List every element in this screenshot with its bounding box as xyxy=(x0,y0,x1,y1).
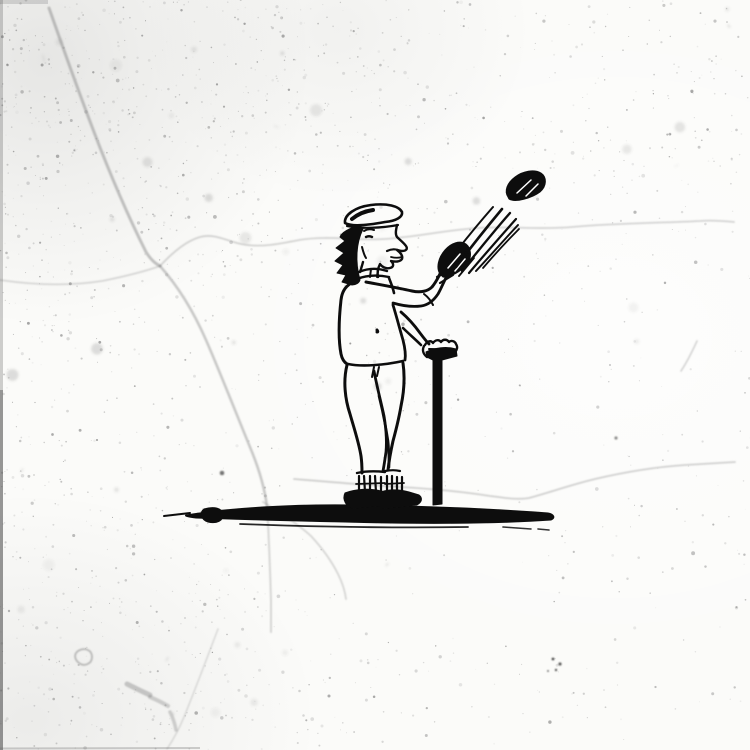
wall-speckle xyxy=(203,285,204,286)
wall-speckle xyxy=(246,685,248,687)
wall-speckle xyxy=(713,78,714,79)
wall-speckle xyxy=(71,601,73,603)
wall-speckle xyxy=(194,711,198,715)
wall-speckle xyxy=(457,399,459,401)
wall-speckle xyxy=(378,192,379,193)
wall-speckle xyxy=(367,68,368,69)
wall-speckle xyxy=(418,376,419,377)
wall-speckle xyxy=(297,249,298,250)
wall-speckle xyxy=(15,94,18,97)
wall-speckle xyxy=(459,0,463,4)
wall-speckle xyxy=(131,558,132,559)
wall-speckle xyxy=(417,246,419,248)
wall-speckle xyxy=(307,337,308,338)
wall-speckle xyxy=(44,96,46,98)
cap-shading xyxy=(352,210,373,219)
wall-micro-scratch xyxy=(274,126,279,128)
wall-speckle xyxy=(20,52,22,54)
wall-speckle xyxy=(523,128,524,129)
wall-speckle xyxy=(675,148,676,149)
wall-speckle xyxy=(217,606,218,607)
wall-speckle xyxy=(649,20,651,22)
smudge-ring xyxy=(75,649,92,665)
wall-speckle xyxy=(148,665,149,666)
wall-speckle xyxy=(8,173,9,174)
wall-speckle xyxy=(136,106,137,107)
man-with-cane-figure xyxy=(335,204,470,508)
wall-speckle xyxy=(426,208,427,209)
wall-speckle xyxy=(119,441,122,444)
wall-speckle xyxy=(350,116,352,118)
wall-speckle xyxy=(55,657,56,658)
front-boot-lace-bar xyxy=(385,483,404,484)
wall-blotch xyxy=(250,699,257,706)
wall-speckle xyxy=(102,9,106,13)
wall-speckle xyxy=(19,557,21,559)
wall-speckle xyxy=(48,698,49,699)
wall-speckle xyxy=(257,61,258,62)
wall-speckle xyxy=(564,542,565,543)
wall-speckle xyxy=(158,330,159,331)
wall-blotches xyxy=(7,7,730,717)
wall-speckle xyxy=(24,167,27,170)
wall-speckle xyxy=(111,371,112,372)
wall-speckle xyxy=(43,234,44,235)
wall-speckle xyxy=(89,58,90,59)
wall-speckle xyxy=(119,606,120,607)
wall-speckle xyxy=(329,677,331,679)
wall-speckle xyxy=(622,244,623,245)
wall-speckle xyxy=(364,243,365,244)
wall-speckle xyxy=(224,699,225,700)
wall-speckle xyxy=(694,81,695,82)
wall-speckle xyxy=(550,121,552,123)
wall-speckle xyxy=(598,140,599,141)
wall-speckle xyxy=(80,227,81,228)
wall-blotch xyxy=(232,340,236,344)
wall-speckle xyxy=(176,710,177,711)
wall-speckle xyxy=(133,348,135,350)
wall-speckle xyxy=(110,345,112,347)
wall-speckle xyxy=(189,577,190,578)
wall-speckle xyxy=(536,489,537,490)
wall-speckle xyxy=(221,346,223,348)
wall-speckle xyxy=(632,163,635,166)
wall-speckle xyxy=(281,671,284,674)
wall-speckle xyxy=(167,264,168,265)
wall-speckle xyxy=(623,160,624,161)
wall-speckle xyxy=(228,118,229,119)
wall-speckle xyxy=(82,234,83,235)
wall-speckle xyxy=(310,126,311,127)
wall-speckle xyxy=(523,713,524,714)
wall-speckle xyxy=(285,56,286,57)
wall-speckle xyxy=(553,601,554,602)
wall-speckle xyxy=(226,634,227,635)
wall-speckle xyxy=(424,491,425,492)
wall-speckle xyxy=(389,184,390,185)
wall-speckle xyxy=(639,176,641,178)
wall-speckle xyxy=(592,20,595,23)
wall-speckle xyxy=(561,229,562,230)
wall-speckle xyxy=(48,711,50,713)
wall-blotch xyxy=(239,232,251,244)
wall-speckle xyxy=(279,148,280,149)
wall-speckle xyxy=(64,245,65,246)
wall-speckle xyxy=(113,150,114,151)
wall-speckle xyxy=(137,657,139,659)
wall-speckle xyxy=(18,619,19,620)
wall-speckle xyxy=(72,86,73,87)
wall-speckle xyxy=(728,516,730,518)
wall-speckle xyxy=(428,671,429,672)
wall-speckle xyxy=(76,102,77,103)
wall-speckle xyxy=(698,146,701,149)
wall-speckle xyxy=(410,105,411,106)
wall-speckle xyxy=(414,360,416,362)
wall-speckle xyxy=(494,684,495,685)
wall-speckle xyxy=(3,111,5,113)
wall-speckle xyxy=(4,471,5,472)
wall-speckle xyxy=(711,60,713,62)
wall-speckle xyxy=(188,593,190,595)
wall-speckle xyxy=(158,167,160,169)
wall-speckle xyxy=(697,46,699,48)
wall-speckle xyxy=(267,235,268,236)
wall-speckle xyxy=(483,147,485,149)
wall-speckle xyxy=(78,587,79,588)
wall-speckle xyxy=(48,63,50,65)
wall-speckle xyxy=(724,542,726,544)
wall-speckle xyxy=(585,120,586,121)
wall-speckle xyxy=(76,285,78,287)
wall-speckle xyxy=(669,133,672,136)
wall-speckle xyxy=(270,289,272,291)
wall-speckle xyxy=(245,7,247,9)
wall-speckle xyxy=(439,252,440,253)
wall-speckle xyxy=(166,426,169,429)
wall-speckle xyxy=(197,253,199,255)
wall-speckle xyxy=(255,651,256,652)
wall-speckle xyxy=(117,97,118,98)
wall-speckle xyxy=(603,445,604,446)
wall-speckle xyxy=(560,130,563,133)
wall-speckle xyxy=(43,693,45,695)
wall-speckle xyxy=(214,118,216,120)
wall-speckle xyxy=(87,95,90,98)
wall-speckle xyxy=(219,339,221,341)
wall-speckle xyxy=(312,259,314,261)
wall-speckle xyxy=(403,320,406,323)
wall-speckle xyxy=(242,190,245,193)
wall-speckle xyxy=(31,721,32,722)
wall-speckle xyxy=(59,162,61,164)
wall-speckle xyxy=(379,206,382,209)
wall-speckle xyxy=(695,137,697,139)
wall-speckle xyxy=(135,534,136,535)
wall-speckle xyxy=(613,170,615,172)
wall-speckle xyxy=(136,57,138,59)
wall-speckle xyxy=(274,726,276,728)
wall-speckle xyxy=(545,315,546,316)
wall-speckle xyxy=(149,6,151,8)
wall-speckle xyxy=(290,114,292,116)
wall-speckle xyxy=(40,177,41,178)
wall-speckle xyxy=(359,47,362,50)
wall-speckle xyxy=(86,521,87,522)
wall-speckle xyxy=(81,78,82,79)
wall-speckle xyxy=(185,443,186,444)
wall-speckle xyxy=(315,557,317,559)
wall-speckle xyxy=(192,601,193,602)
wall-speckle xyxy=(91,570,93,572)
wall-speckle xyxy=(731,131,732,132)
wall-speckle xyxy=(285,373,287,375)
wall-micro-scratch xyxy=(386,563,389,566)
wall-speckle xyxy=(159,259,160,260)
wall-speckle xyxy=(291,293,292,294)
wall-speckle xyxy=(228,574,230,576)
wall-speckle xyxy=(96,601,97,602)
wall-speckle xyxy=(421,255,423,257)
wall-speckle xyxy=(139,317,140,318)
wall-speckle xyxy=(200,691,201,692)
wall-speckle xyxy=(233,130,235,132)
wall-speckle xyxy=(156,88,158,90)
wall-speckle xyxy=(136,432,137,433)
wall-speckle xyxy=(541,233,543,235)
wall-speckle xyxy=(332,25,334,27)
wall-speckle xyxy=(322,189,323,190)
wall-speckle xyxy=(445,137,447,139)
wall-speckle xyxy=(123,186,124,187)
wall-speckle xyxy=(144,703,145,704)
wall-speckle xyxy=(195,693,196,694)
wall-speckle xyxy=(108,120,111,123)
wall-speckle xyxy=(268,684,269,685)
wall-speckle xyxy=(445,485,446,486)
wall-blotch xyxy=(629,303,639,313)
wall-speckle xyxy=(184,617,186,619)
wall-speckle xyxy=(183,4,185,6)
wall-speckle xyxy=(633,365,635,367)
wall-speckle xyxy=(142,1,144,3)
wall-speckle xyxy=(498,235,499,236)
wall-speckle xyxy=(424,401,427,404)
wall-speckle xyxy=(92,629,94,631)
wall-speckle xyxy=(102,703,103,704)
hair xyxy=(335,225,363,285)
wall-speckle xyxy=(32,362,34,364)
wall-speckle xyxy=(383,183,384,184)
wall-speckle xyxy=(620,718,622,720)
wall-speckle xyxy=(377,196,378,197)
wall-speckle xyxy=(362,156,364,158)
wall-micro-scratch xyxy=(380,228,386,230)
wall-speckle xyxy=(120,259,121,260)
wall-speckle xyxy=(271,79,274,82)
wall-speckle xyxy=(278,81,279,82)
wall-speckle xyxy=(206,6,208,8)
wall-speckle xyxy=(210,584,211,585)
wall-speckle xyxy=(13,151,15,153)
wall-speckle xyxy=(38,121,40,123)
wall-speckle xyxy=(487,663,488,664)
wall-speckle xyxy=(3,373,5,375)
wall-speckle xyxy=(105,229,106,230)
wall-speckle xyxy=(305,404,306,405)
wall-speckle xyxy=(55,98,57,100)
wall-speckle xyxy=(135,70,138,73)
wall-speckle xyxy=(295,59,296,60)
wall-speckle xyxy=(702,514,704,516)
wall-speckle xyxy=(500,75,501,76)
wall-speckle xyxy=(17,235,20,238)
wall-speckle xyxy=(116,397,118,399)
wall-speckle xyxy=(121,109,123,111)
wall-speckle xyxy=(74,241,75,242)
wall-speckle xyxy=(156,508,157,509)
wall-speckle xyxy=(259,175,260,176)
wall-speckle xyxy=(245,86,246,87)
wall-speckle xyxy=(63,609,64,610)
wall-speckle xyxy=(172,539,173,540)
wall-speckle xyxy=(175,295,178,298)
wall-speckle xyxy=(137,522,138,523)
wall-speckle xyxy=(5,134,6,135)
wall-speckle xyxy=(100,728,103,731)
wall-speckle xyxy=(33,516,34,517)
wall-speckle xyxy=(21,512,22,513)
wall-speckle xyxy=(312,324,315,327)
wall-speckle xyxy=(370,687,371,688)
wall-speckle xyxy=(159,185,160,186)
wall-speckle xyxy=(55,122,57,124)
wall-speckle xyxy=(124,579,127,582)
wall-speckle xyxy=(608,381,609,382)
wall-speckle xyxy=(623,739,624,740)
wall-speckle xyxy=(51,406,53,408)
wall-speckle xyxy=(59,114,60,115)
wall-speckle xyxy=(288,48,289,49)
wall-speckle xyxy=(721,59,722,60)
wall-speckle xyxy=(184,547,185,548)
wall-speckle xyxy=(140,231,143,234)
wall-speckle xyxy=(6,107,7,108)
wall-speckle xyxy=(408,9,409,10)
wall-speckle xyxy=(740,431,741,432)
wall-speckle xyxy=(317,23,319,25)
wall-speckle xyxy=(177,121,179,123)
wall-speckle xyxy=(301,227,303,229)
wall-speckle xyxy=(205,128,206,129)
wall-speckle xyxy=(51,433,54,436)
wall-speckle xyxy=(477,119,478,120)
wall-speckle xyxy=(202,195,205,198)
wall-speckle xyxy=(71,720,73,722)
wall-speckle xyxy=(15,225,17,227)
wall-speckle xyxy=(42,582,43,583)
wall-speckle xyxy=(342,10,343,11)
wall-speckle xyxy=(346,732,347,733)
wall-speckle xyxy=(106,399,108,401)
wall-speckle xyxy=(191,490,192,491)
wall-speckle xyxy=(288,102,289,103)
wall-speckle xyxy=(385,559,387,561)
wall-speckle xyxy=(266,610,267,611)
wall-blotch xyxy=(405,158,412,165)
wall-speckle xyxy=(602,56,603,57)
wall-speckle xyxy=(300,383,301,384)
wall-speckle xyxy=(748,276,749,277)
wall-speckle xyxy=(382,32,384,34)
wall-speckle xyxy=(626,233,627,234)
wall-speckle xyxy=(573,692,575,694)
wall-speckle xyxy=(161,90,162,91)
wall-speckle xyxy=(14,71,16,73)
wall-speckle xyxy=(88,183,89,184)
wall-speckle xyxy=(59,661,60,662)
wall-speckle xyxy=(185,217,187,219)
wall-speckle xyxy=(377,659,378,660)
wall-speckle xyxy=(493,743,495,745)
wall-speckle xyxy=(653,108,654,109)
wall-speckle xyxy=(65,185,66,186)
wall-speckle xyxy=(200,653,201,654)
wall-speckle xyxy=(250,67,252,69)
wall-speckle xyxy=(71,155,72,156)
wall-speckle xyxy=(161,413,163,415)
wall-speckle xyxy=(203,726,204,727)
wall-speckle xyxy=(263,59,264,60)
wall-speckle xyxy=(98,341,101,344)
wall-speckle xyxy=(63,665,65,667)
wall-speckle xyxy=(670,2,673,5)
wall-speckle xyxy=(708,58,710,60)
wall-speckle xyxy=(312,401,313,402)
wall-speckle xyxy=(175,96,177,98)
wall-speckle xyxy=(159,456,161,458)
wall-speckle xyxy=(712,158,713,159)
wall-speckle xyxy=(342,72,345,75)
wall-speckle xyxy=(145,709,146,710)
wall-speckle xyxy=(553,432,556,435)
wall-speckle xyxy=(356,34,357,35)
wall-speckle xyxy=(178,0,179,1)
wall-speckle xyxy=(53,315,54,316)
wall-speckle xyxy=(504,352,505,353)
wall-speckle xyxy=(170,557,172,559)
wall-speckle xyxy=(504,254,505,255)
wall-speckle xyxy=(253,106,254,107)
rear-cuff xyxy=(357,471,385,473)
wall-speckle xyxy=(298,103,300,105)
wall-speckle xyxy=(463,25,465,27)
wall-speckle xyxy=(451,95,452,96)
wall-speckle xyxy=(49,306,50,307)
wall-speckle xyxy=(309,47,310,48)
wall-speckle xyxy=(117,529,119,531)
wall-speckle xyxy=(113,597,115,599)
wall-speckle xyxy=(305,102,307,104)
wall-speckle xyxy=(118,582,120,584)
wall-speckle xyxy=(285,590,286,591)
wall-speckle xyxy=(56,742,58,744)
wall-speckle xyxy=(114,0,116,2)
wall-speckle xyxy=(308,170,311,173)
wall-speckle xyxy=(711,692,714,695)
wall-speckle xyxy=(15,97,16,98)
